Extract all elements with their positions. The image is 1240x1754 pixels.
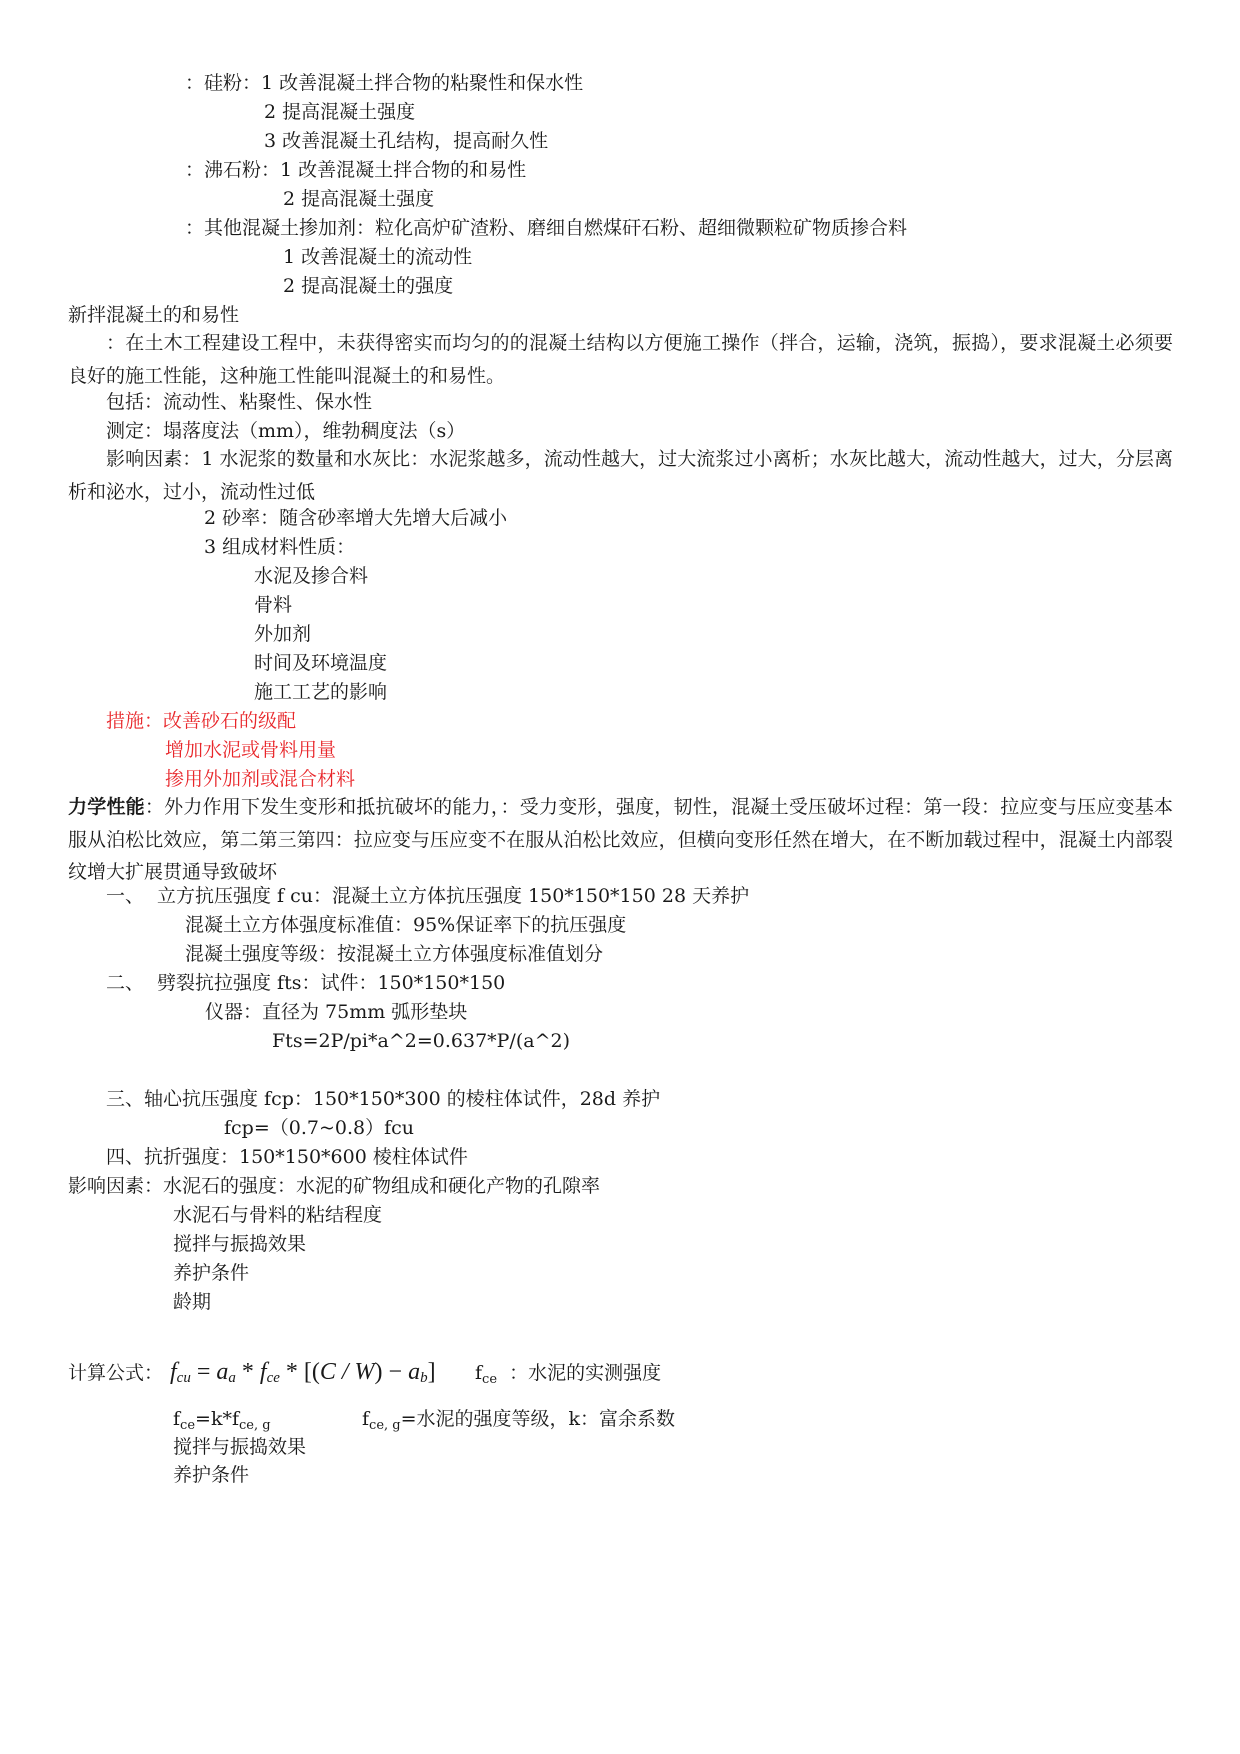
tail-item: 养护条件 [173,1462,249,1488]
silica-fume-item-3: 3 改善混凝土孔结构，提高耐久性 [264,128,548,154]
material-item: 施工工艺的影响 [254,679,387,705]
formula-sub-cu: cu [177,1370,191,1386]
formula-sub-b: b [420,1370,428,1386]
factor-materials: 3 组成材料性质： [204,534,355,560]
factor-sand-ratio: 2 砂率：随含砂率增大先增大后减小 [204,505,507,531]
formula-minus: ) − [375,1359,409,1385]
zeolite-item-2: 2 提高混凝土强度 [283,186,434,212]
section-1-grade: 混凝土强度等级：按混凝土立方体强度标准值划分 [185,941,603,967]
strength-factor-item: 龄期 [173,1289,211,1315]
material-item: 水泥及掺合料 [254,563,368,589]
section-2-formula: Fts=2P/pi*a^2=0.637*P/(a^2) [272,1028,570,1054]
fce-sub: ce [482,1372,497,1387]
formula-f: f [170,1359,177,1385]
mechanics-paragraph: 力学性能：外力作用下发生变形和抵抗破坏的能力，：受力变形，强度，韧性，混凝土受压… [68,791,1173,889]
formula-eq: = [191,1359,217,1385]
fce-definition: fce ：水泥的实测强度 [475,1360,661,1386]
section-1-standard-value: 混凝土立方体强度标准值：95%保证率下的抗压强度 [185,912,626,938]
section-2-instrument: 仪器：直径为 75mm 弧形垫块 [205,999,467,1025]
formula-a: a [408,1359,420,1385]
formula-bracket: * [( [280,1359,320,1385]
material-item: 外加剂 [254,621,311,647]
fceg-desc: =水泥的强度等级，k：富余系数 [401,1408,675,1430]
strength-factor-item: 水泥石与骨料的粘结程度 [173,1202,382,1228]
other-admixture-item-2: 2 提高混凝土的强度 [283,273,453,299]
fce-formula-f: f [173,1408,180,1430]
formula-sub-a: a [228,1370,236,1386]
silica-fume-item-2: 2 提高混凝土强度 [264,99,415,125]
zeolite-label: ：沸石粉： [185,159,280,181]
fce-formula: fce=k*fce, g [173,1406,271,1432]
silica-fume-label: ：硅粉： [185,72,261,94]
material-item: 时间及环境温度 [254,650,387,676]
fce-f: f [475,1362,482,1384]
measures-line: 措施：改善砂石的级配 [106,708,296,734]
fce-formula-sub2: ce, g [239,1418,271,1433]
section-1-num: 一、 [106,883,144,909]
workability-title: 新拌混凝土的和易性 [68,302,239,328]
fceg-f: f [362,1408,369,1430]
zeolite-line: ：沸石粉：1 改善混凝土拌合物的和易性 [185,157,526,183]
strength-formula: fcu = aa * fce * [(C / W) − ab] [170,1356,436,1388]
measure-item: 掺用外加剂或混合材料 [165,766,355,792]
section-4-flexural-strength: 四、抗折强度：150*150*600 棱柱体试件 [106,1144,468,1170]
section-2-num: 二、 [106,970,144,996]
formula-sub-ce: ce [267,1370,280,1386]
silica-fume-line: ：硅粉：1 改善混凝土拌合物的粘聚性和保水性 [185,70,583,96]
fceg-sub: ce, g [369,1418,401,1433]
formula-cw: C / W [320,1359,375,1385]
formula-a: a [216,1359,228,1385]
measures-label: 措施： [106,710,163,732]
strength-factor-item: 养护条件 [173,1260,249,1286]
tail-item: 搅拌与振捣效果 [173,1434,306,1460]
formula-close: ] [428,1359,436,1385]
fce-formula-sub: ce [180,1418,195,1433]
workability-measure: 测定：塌落度法（mm），维勃稠度法（s） [106,418,465,444]
other-admixture-line: ：其他混凝土掺加剂：粒化高炉矿渣粉、磨细自燃煤矸石粉、超细微颗粒矿物质掺合料 [185,215,907,241]
measure-item: 改善砂石的级配 [163,710,296,732]
formula-f: f [260,1359,267,1385]
workability-definition: ：在土木工程建设工程中，未获得密实而均匀的的混凝土结构以方便施工操作（拌合，运输… [68,327,1173,392]
fceg-definition: fce, g=水泥的强度等级，k：富余系数 [362,1406,675,1432]
section-1-cube-strength: 立方抗压强度 f cu：混凝土立方体抗压强度 150*150*150 28 天养… [157,883,749,909]
fce-formula-mid: =k*f [195,1408,239,1430]
workability-factors: 影响因素：1 水泥浆的数量和水灰比：水泥浆越多，流动性越大，过大流浆过小离析；水… [68,443,1173,508]
section-2-splitting-strength: 劈裂抗拉强度 fts：试件：150*150*150 [157,970,505,996]
section-3-formula: fcp=（0.7~0.8）fcu [224,1115,414,1141]
strength-factor-item: 搅拌与振捣效果 [173,1231,306,1257]
other-admixture-item-1: 1 改善混凝土的流动性 [283,244,472,270]
workability-includes: 包括：流动性、粘聚性、保水性 [106,389,372,415]
mechanics-title: 力学性能 [68,796,145,818]
mechanics-body: ：外力作用下发生变形和抵抗破坏的能力，：受力变形，强度，韧性，混凝土受压破坏过程… [68,796,1173,883]
formula-label: 计算公式： [68,1360,163,1386]
fce-desc: ：水泥的实测强度 [509,1362,661,1384]
section-3-axial-strength: 三、轴心抗压强度 fcp：150*150*300 的棱柱体试件，28d 养护 [106,1086,660,1112]
silica-fume-item-1: 1 改善混凝土拌合物的粘聚性和保水性 [261,72,583,94]
zeolite-item-1: 1 改善混凝土拌合物的和易性 [280,159,526,181]
measure-item: 增加水泥或骨料用量 [165,737,336,763]
strength-factors-label: 影响因素：水泥石的强度：水泥的矿物组成和硬化产物的孔隙率 [68,1173,600,1199]
material-item: 骨料 [254,592,292,618]
formula-star: * [236,1359,260,1385]
